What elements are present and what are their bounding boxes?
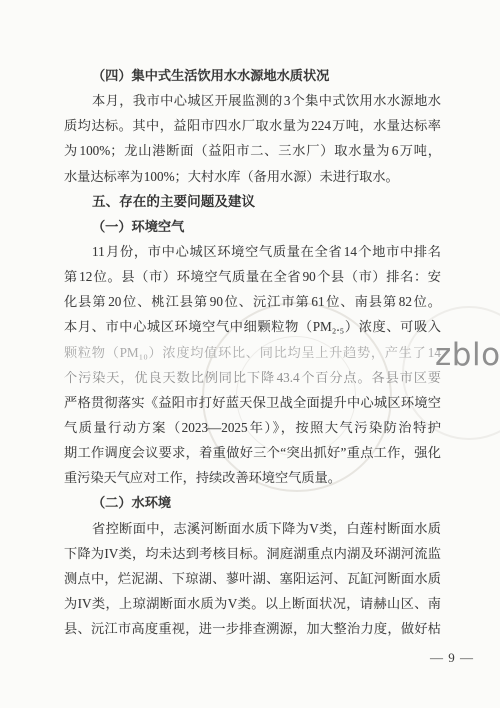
heading-problems-and-suggestions: 五、存在的主要问题及建议 <box>64 189 441 214</box>
text-line: 期工作调度会议要求，着重做好三个“突出抓好”重点工作，强化 <box>64 440 441 465</box>
text-line: 下降为IV类，均未达到考核目标。洞庭湖重点内湖及环湖河流监 <box>64 541 441 566</box>
page-number: — 9 — <box>430 650 474 666</box>
text-line: 水量达标率为 100%；大村水库（备用水源）未进行取水。 <box>64 164 441 189</box>
text-line: 第 12 位。县（市）环境空气质量在全省 90 个县（市）排名：安 <box>64 264 441 289</box>
document-text-block: （四）集中式生活饮用水水源地水质状况 本月，我市中心城区开展监测的 3 个集中式… <box>64 63 441 641</box>
text-line: 11 月份，市中心城区环境空气质量在全省 14 个地市中排名 <box>64 239 441 264</box>
text-line: 省控断面中，志溪河断面水质下降为V类，白莲村断面水质 <box>64 516 441 541</box>
text-line: 为 100%；龙山港断面（益阳市二、三水厂）取水量为 6 万吨， <box>64 138 441 163</box>
scanned-document-page: （四）集中式生活饮用水水源地水质状况 本月，我市中心城区开展监测的 3 个集中式… <box>0 0 500 708</box>
text-line: 严格贯彻落实《益阳市打好蓝天保卫战全面提升中心城区环境空 <box>64 390 441 415</box>
text-line: 本月、市中心城区环境空气中细颗粒物（PM₂.₅）浓度、可吸入 <box>64 314 441 339</box>
text-line: 县、沅江市高度重视，进一步排查溯源，加大整治力度，做好枯 <box>64 616 441 641</box>
text-line-faded: 颗粒物（PM₁₀）浓度均值环比、同比均呈上升趋势，产生了 14 <box>64 340 441 365</box>
heading-ambient-air: （一）环境空气 <box>64 214 441 239</box>
zblog-watermark: zblog <box>435 340 500 371</box>
text-line: 化县第 20 位、桃江县第 90 位、沅江市第 61 位、南县第 82 位。 <box>64 289 441 314</box>
heading-water-environment: （二）水环境 <box>64 490 441 515</box>
text-line-faded: 个污染天，优良天数比例同比下降 43.4 个百分点。各县市区要 <box>64 365 441 390</box>
text-line: 本月，我市中心城区开展监测的 3 个集中式饮用水水源地水 <box>64 88 441 113</box>
text-line: 气质量行动方案（2023—2025 年）》，按照大气污染防治特护 <box>64 415 441 440</box>
text-line: 为IV类，上琼湖断面水质为V类。以上断面状况，请赫山区、南 <box>64 591 441 616</box>
heading-drinking-water-quality: （四）集中式生活饮用水水源地水质状况 <box>64 63 441 88</box>
text-line: 测点中，烂泥湖、下琼湖、蓼叶湖、塞阳运河、瓦缸河断面水质 <box>64 566 441 591</box>
text-line: 重污染天气应对工作，持续改善环境空气质量。 <box>64 465 441 490</box>
text-line: 质均达标。其中，益阳市四水厂取水量为 224 万吨，水量达标率 <box>64 113 441 138</box>
